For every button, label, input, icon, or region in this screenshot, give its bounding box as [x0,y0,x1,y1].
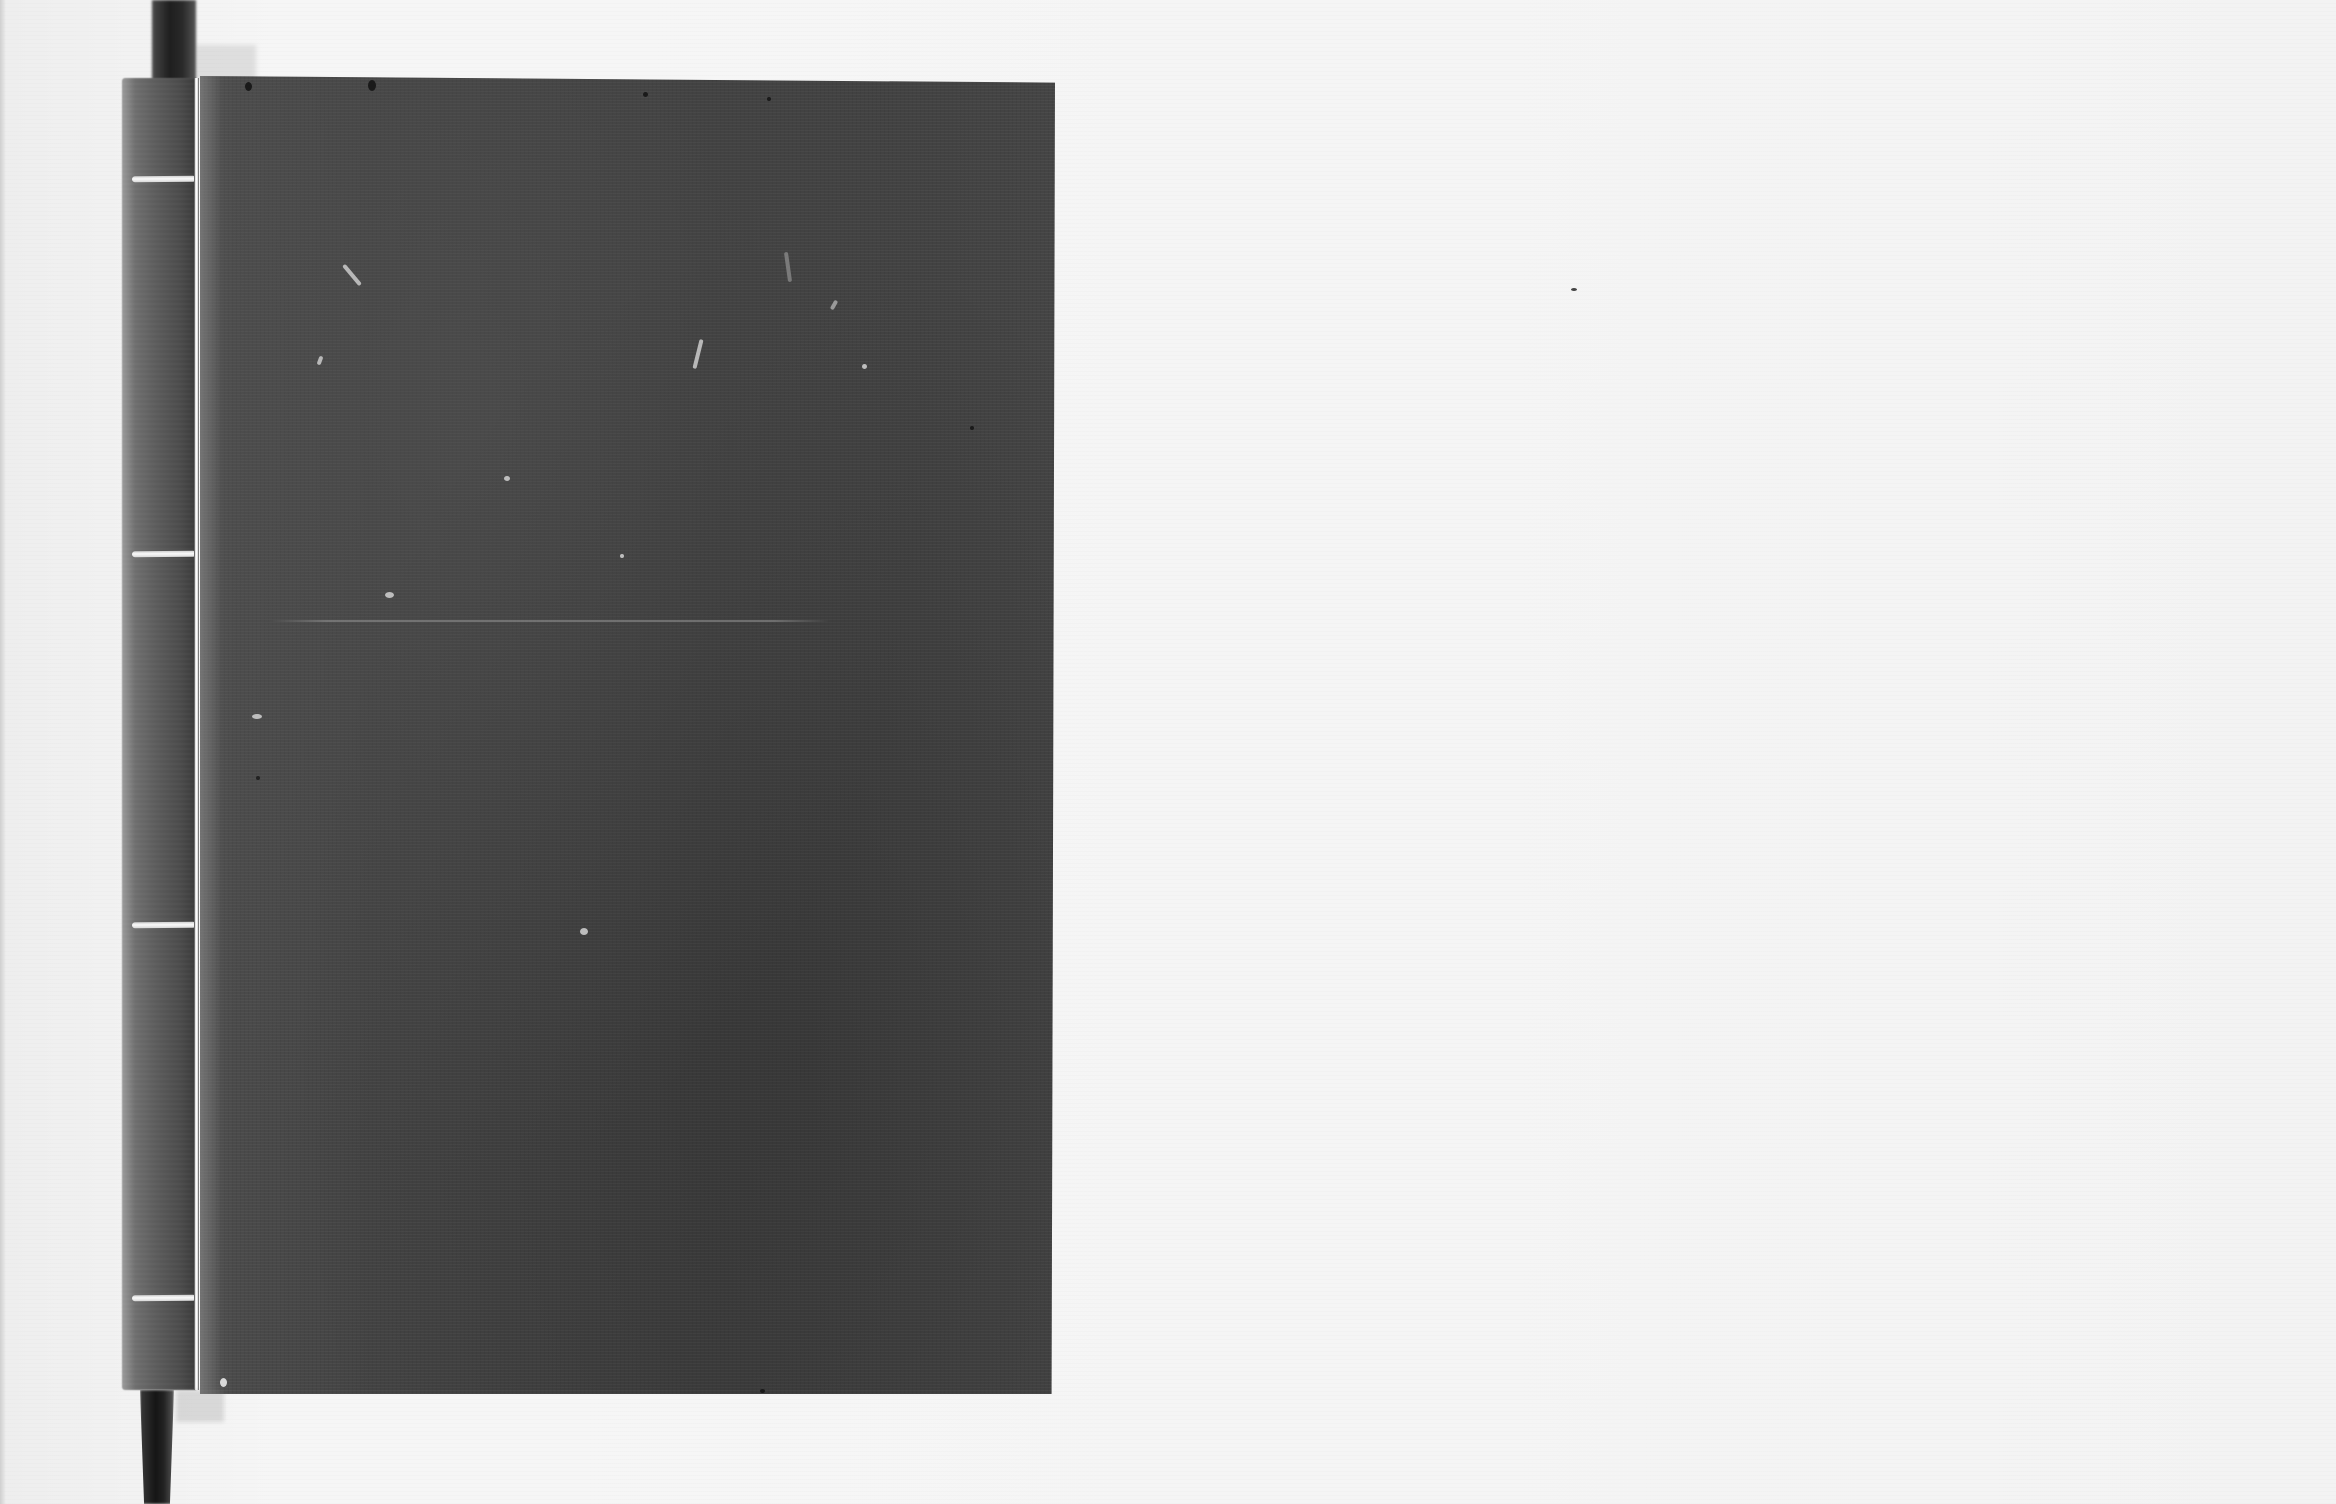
cover-speck [252,714,262,719]
cover-speck [643,92,648,97]
cover-speck [970,426,974,430]
background-speck [1571,288,1577,291]
cover-scratch [342,264,362,286]
binding-stitch [132,551,196,557]
cover-scratch [830,300,838,311]
cover-speck [504,476,510,481]
binding-stitch [132,922,196,928]
binding-strap-top [152,0,196,80]
cover-speck [767,97,771,101]
cover-scratch [784,252,792,282]
binding-stitch [132,176,196,182]
strap-shadow-bottom [176,1390,224,1422]
cover-scratch [692,339,703,369]
binding-strap-bottom [140,1390,174,1504]
scan-left-edge [0,0,6,1504]
cover-scratch [317,356,324,366]
cover-speck [368,80,376,91]
bound-book [120,76,1055,1394]
cover-speck [760,1389,765,1393]
book-cover [200,76,1055,1394]
strap-shadow-top [196,45,256,80]
cover-speck [385,592,394,598]
binding-stitch [132,1295,196,1301]
cover-hinge-shade [200,76,222,1394]
cover-speck [620,554,624,558]
book-spine [122,78,196,1390]
cover-speck [580,928,588,935]
spine-thread [194,78,199,1390]
cover-speck [245,82,252,91]
cover-speck [220,1378,227,1387]
cover-fold-line [270,620,830,622]
cover-speck [256,776,260,780]
cover-speck [862,364,867,369]
